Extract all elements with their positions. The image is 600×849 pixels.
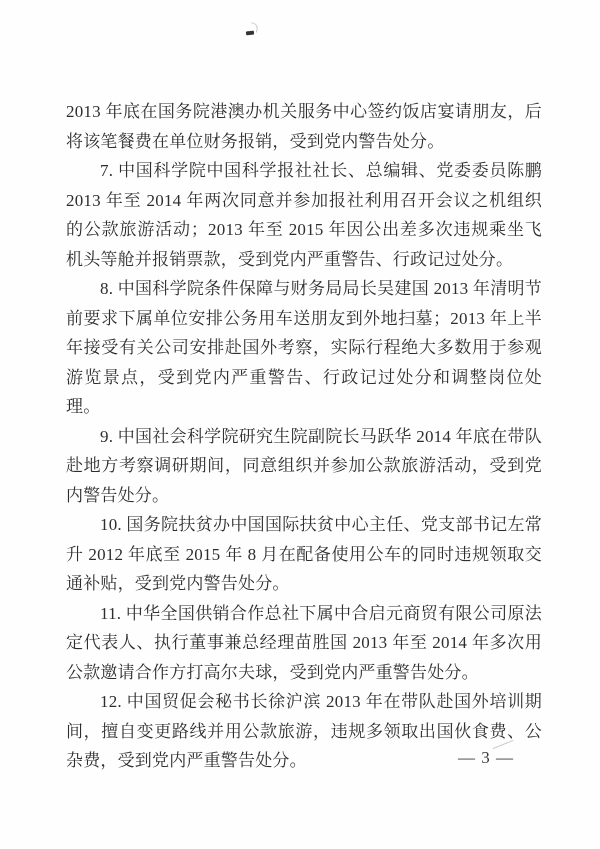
document-text-block: 2013 年底在国务院港澳办机关服务中心签约饭店宴请朋友，后将该笔餐费在单位财务…: [66, 97, 542, 776]
paragraph: 7. 中国科学院中国科学报社社长、总编辑、党委委员陈鹏 2013 年至 2014…: [66, 156, 542, 274]
page-number: — 3 —: [458, 748, 514, 768]
paragraph: 11. 中华全国供销合作总社下属中合启元商贸有限公司原法定代表人、执行董事兼总经…: [66, 599, 542, 688]
paragraph: 2013 年底在国务院港澳办机关服务中心签约饭店宴请朋友，后将该笔餐费在单位财务…: [66, 97, 542, 156]
ink-smudge-mark: [246, 31, 254, 36]
paragraph: 8. 中国科学院条件保障与财务局局长吴建国 2013 年清明节前要求下属单位安排…: [66, 274, 542, 422]
paragraph: 10. 国务院扶贫办中国国际扶贫中心主任、党支部书记左常升 2012 年底至 2…: [66, 510, 542, 599]
paragraph: 9. 中国社会科学院研究生院副院长马跃华 2014 年底在带队赴地方考察调研期间…: [66, 422, 542, 511]
scanned-document-page: 2013 年底在国务院港澳办机关服务中心签约饭店宴请朋友，后将该笔餐费在单位财务…: [0, 0, 600, 849]
